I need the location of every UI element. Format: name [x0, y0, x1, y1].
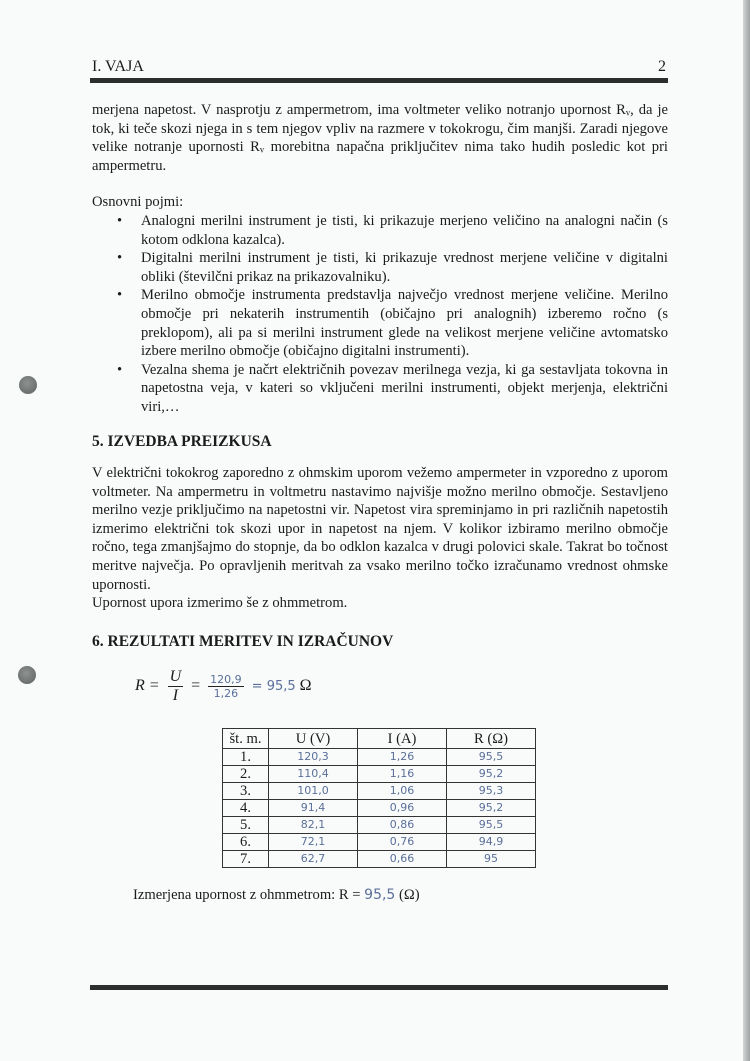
current-cell: 0,86 — [358, 817, 447, 834]
page-header-title: I. VAJA — [92, 58, 144, 76]
resistance-cell: 95,2 — [447, 800, 536, 817]
voltage-cell: 82,1 — [269, 817, 358, 834]
resistance-cell: 95,2 — [447, 766, 536, 783]
intro-paragraph: merjena napetost. V nasprotju z ampermet… — [92, 101, 668, 175]
ohmmeter-result: Izmerjena upornost z ohmmetrom: R = 95,5… — [133, 887, 420, 904]
resistance-cell: 94,9 — [447, 834, 536, 851]
resistance-formula: R = UI = 120,91,26 = 95,5 Ω — [135, 668, 312, 705]
resistance-cell: 95,3 — [447, 783, 536, 800]
table-row: 5.82,10,8695,5 — [223, 817, 536, 834]
resistance-cell: 95,5 — [447, 817, 536, 834]
basics-title: Osnovni pojmi: — [92, 193, 668, 212]
bullet-icon: • — [117, 286, 122, 305]
table-row: 3.101,01,0695,3 — [223, 783, 536, 800]
resistance-cell: 95,5 — [447, 749, 536, 766]
table-row: 7.62,70,6695 — [223, 851, 536, 868]
current-cell: 1,16 — [358, 766, 447, 783]
voltage-cell: 72,1 — [269, 834, 358, 851]
table-row: 2.110,41,1695,2 — [223, 766, 536, 783]
resistance-cell: 95 — [447, 851, 536, 868]
page-header: I. VAJA 2 — [92, 58, 668, 78]
list-item: •Merilno območje instrumenta predstavlja… — [117, 286, 668, 360]
table-row: 6.72,10,7694,9 — [223, 834, 536, 851]
row-number-cell: 1. — [223, 749, 269, 766]
current-cell: 0,76 — [358, 834, 447, 851]
row-number-cell: 5. — [223, 817, 269, 834]
results-table: št. m. U (V) I (A) R (Ω) 1.120,31,2695,5… — [222, 728, 536, 868]
list-item: •Analogni merilni instrument je tisti, k… — [117, 212, 668, 249]
voltage-cell: 101,0 — [269, 783, 358, 800]
row-number-cell: 6. — [223, 834, 269, 851]
list-item: •Digitalni merilni instrument je tisti, … — [117, 249, 668, 286]
footer-rule — [90, 985, 668, 990]
table-row: 1.120,31,2695,5 — [223, 749, 536, 766]
basics-list: •Analogni merilni instrument je tisti, k… — [117, 212, 668, 417]
punch-hole-top — [19, 376, 37, 394]
bullet-icon: • — [117, 212, 122, 231]
current-cell: 1,06 — [358, 783, 447, 800]
current-cell: 1,26 — [358, 749, 447, 766]
voltage-cell: 62,7 — [269, 851, 358, 868]
row-number-cell: 4. — [223, 800, 269, 817]
row-number-cell: 2. — [223, 766, 269, 783]
section5-paragraph: V električni tokokrog zaporedno z ohmski… — [92, 464, 668, 613]
table-header-row: št. m. U (V) I (A) R (Ω) — [223, 729, 536, 749]
voltage-cell: 110,4 — [269, 766, 358, 783]
voltage-cell: 120,3 — [269, 749, 358, 766]
row-number-cell: 3. — [223, 783, 269, 800]
page-number: 2 — [658, 58, 666, 76]
bullet-icon: • — [117, 361, 122, 380]
row-number-cell: 7. — [223, 851, 269, 868]
section6-heading: 6. REZULTATI MERITEV IN IZRAČUNOV — [92, 633, 393, 651]
bullet-icon: • — [117, 249, 122, 268]
section5-heading: 5. IZVEDBA PREIZKUSA — [92, 433, 272, 451]
voltage-cell: 91,4 — [269, 800, 358, 817]
header-rule — [90, 78, 668, 83]
list-item: •Vezalna shema je načrt električnih pove… — [117, 361, 668, 417]
current-cell: 0,96 — [358, 800, 447, 817]
punch-hole-bottom — [18, 666, 36, 684]
scan-edge — [743, 0, 750, 1061]
current-cell: 0,66 — [358, 851, 447, 868]
table-row: 4.91,40,9695,2 — [223, 800, 536, 817]
